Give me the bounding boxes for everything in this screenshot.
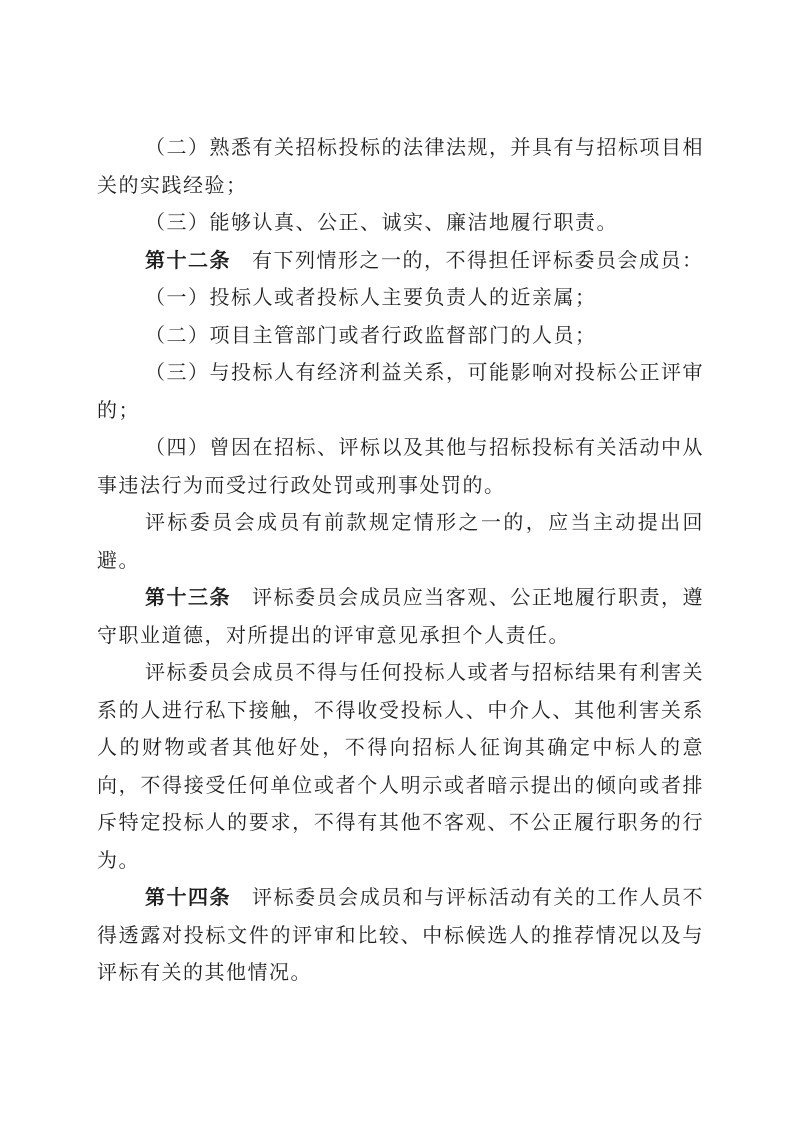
- paragraph-text: （三）能够认真、公正、诚实、廉洁地履行职责。: [145, 212, 618, 234]
- paragraph: （三）与投标人有经济利益关系，可能影响对投标公正评审的；: [97, 355, 704, 430]
- paragraph-text: （二）熟悉有关招标投标的法律法规，并具有与招标项目相关的实践经验；: [97, 137, 704, 197]
- paragraph-text: （一）投标人或者投标人主要负责人的近亲属；: [145, 287, 597, 309]
- article-number-label: 第十四条: [145, 887, 231, 909]
- article-number-label: 第十二条: [145, 250, 231, 272]
- document-page: （二）熟悉有关招标投标的法律法规，并具有与招标项目相关的实践经验； （三）能够认…: [0, 0, 793, 1122]
- paragraph: （二）熟悉有关招标投标的法律法规，并具有与招标项目相关的实践经验；: [97, 130, 704, 205]
- article-number-label: 第十三条: [145, 587, 231, 609]
- document-text-block: （二）熟悉有关招标投标的法律法规，并具有与招标项目相关的实践经验； （三）能够认…: [97, 130, 704, 993]
- paragraph: （二）项目主管部门或者行政监督部门的人员；: [97, 318, 704, 356]
- paragraph-text: （四）曾因在招标、评标以及其他与招标投标有关活动中从事违法行为而受过行政处罚或刑…: [97, 437, 704, 497]
- paragraph-article-14: 第十四条评标委员会成员和与评标活动有关的工作人员不得透露对投标文件的评审和比较、…: [97, 880, 704, 993]
- paragraph-text: 评标委员会成员不得与任何投标人或者与招标结果有利害关系的人进行私下接触，不得收受…: [97, 662, 704, 872]
- paragraph: （四）曾因在招标、评标以及其他与招标投标有关活动中从事违法行为而受过行政处罚或刑…: [97, 430, 704, 505]
- paragraph: 评标委员会成员不得与任何投标人或者与招标结果有利害关系的人进行私下接触，不得收受…: [97, 655, 704, 880]
- paragraph-text: 评标委员会成员有前款规定情形之一的，应当主动提出回避。: [97, 512, 704, 572]
- paragraph: 评标委员会成员有前款规定情形之一的，应当主动提出回避。: [97, 505, 704, 580]
- paragraph-article-13: 第十三条评标委员会成员应当客观、公正地履行职责，遵守职业道德，对所提出的评审意见…: [97, 580, 704, 655]
- paragraph: （三）能够认真、公正、诚实、廉洁地履行职责。: [97, 205, 704, 243]
- paragraph-text: 有下列情形之一的，不得担任评标委员会成员：: [252, 250, 704, 272]
- paragraph-text: （二）项目主管部门或者行政监督部门的人员；: [145, 325, 597, 347]
- paragraph: （一）投标人或者投标人主要负责人的近亲属；: [97, 280, 704, 318]
- paragraph-article-12: 第十二条有下列情形之一的，不得担任评标委员会成员：: [97, 243, 704, 281]
- paragraph-text: （三）与投标人有经济利益关系，可能影响对投标公正评审的；: [97, 362, 704, 422]
